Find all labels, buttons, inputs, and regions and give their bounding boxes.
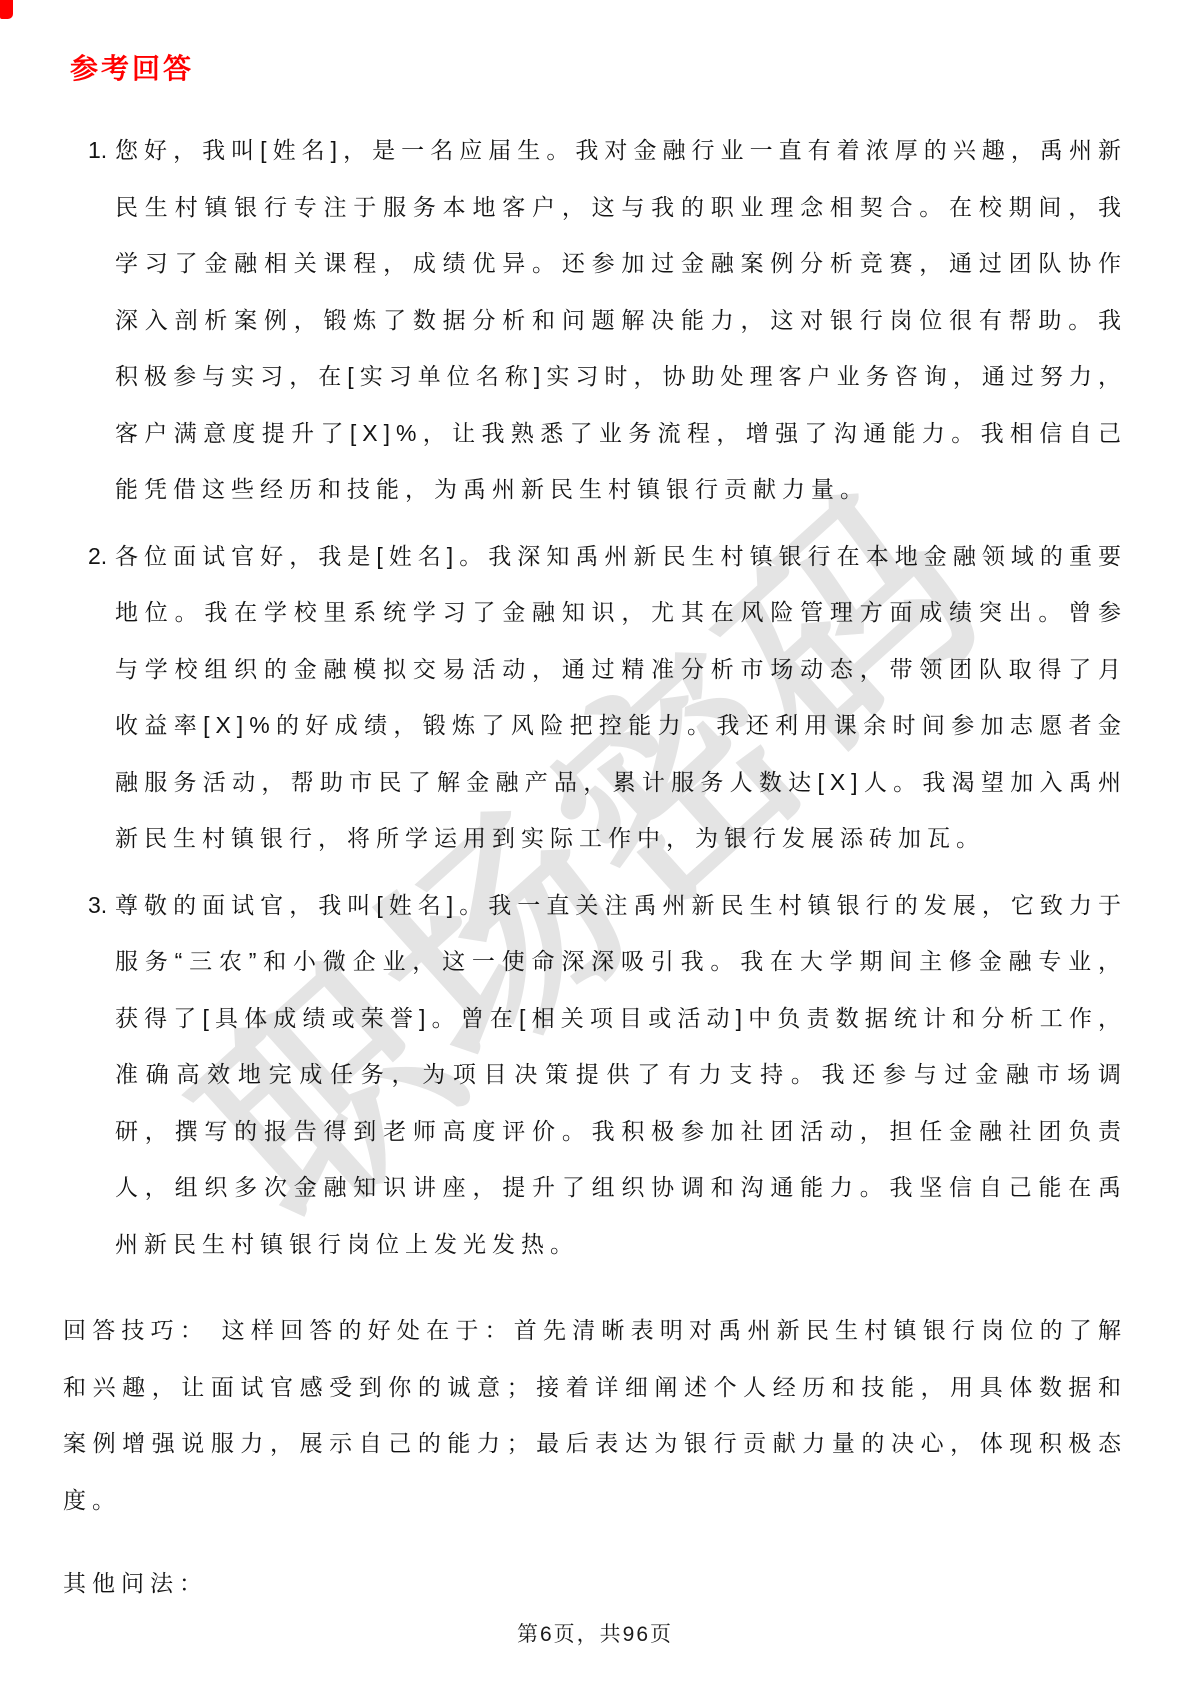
answer-number: 3.	[88, 877, 115, 934]
answer-number: 2.	[88, 528, 115, 585]
answer-item-2: 2. 各位面试官好，我是[姓名]。我深知禹州新民生村镇银行在本地金融领域的重要地…	[0, 528, 1190, 867]
section-heading: 参考回答	[0, 0, 1190, 86]
document-page: 职场密码 参考回答 1. 您好，我叫[姓名]，是一名应届生。我对金融行业一直有着…	[0, 0, 1190, 1684]
answer-text: 各位面试官好，我是[姓名]。我深知禹州新民生村镇银行在本地金融领域的重要地位。我…	[115, 528, 1127, 867]
answer-item-1: 1. 您好，我叫[姓名]，是一名应届生。我对金融行业一直有着浓厚的兴趣，禹州新民…	[0, 122, 1190, 518]
page-edge-red-artifact	[0, 0, 13, 19]
technique-paragraph: 回答技巧： 这样回答的好处在于：首先清晰表明对禹州新民生村镇银行岗位的了解和兴趣…	[63, 1302, 1127, 1528]
answer-text: 尊敬的面试官，我叫[姓名]。我一直关注禹州新民生村镇银行的发展，它致力于服务“三…	[115, 877, 1127, 1273]
page-footer: 第6页，共96页	[0, 1620, 1190, 1650]
answer-item-3: 3. 尊敬的面试官，我叫[姓名]。我一直关注禹州新民生村镇银行的发展，它致力于服…	[0, 877, 1190, 1273]
answer-list: 1. 您好，我叫[姓名]，是一名应届生。我对金融行业一直有着浓厚的兴趣，禹州新民…	[0, 122, 1190, 1272]
other-questions-label: 其他问法：	[63, 1555, 1127, 1612]
answer-text: 您好，我叫[姓名]，是一名应届生。我对金融行业一直有着浓厚的兴趣，禹州新民生村镇…	[115, 122, 1127, 518]
answer-number: 1.	[88, 122, 115, 179]
page-content: 参考回答 1. 您好，我叫[姓名]，是一名应届生。我对金融行业一直有着浓厚的兴趣…	[0, 0, 1190, 1612]
